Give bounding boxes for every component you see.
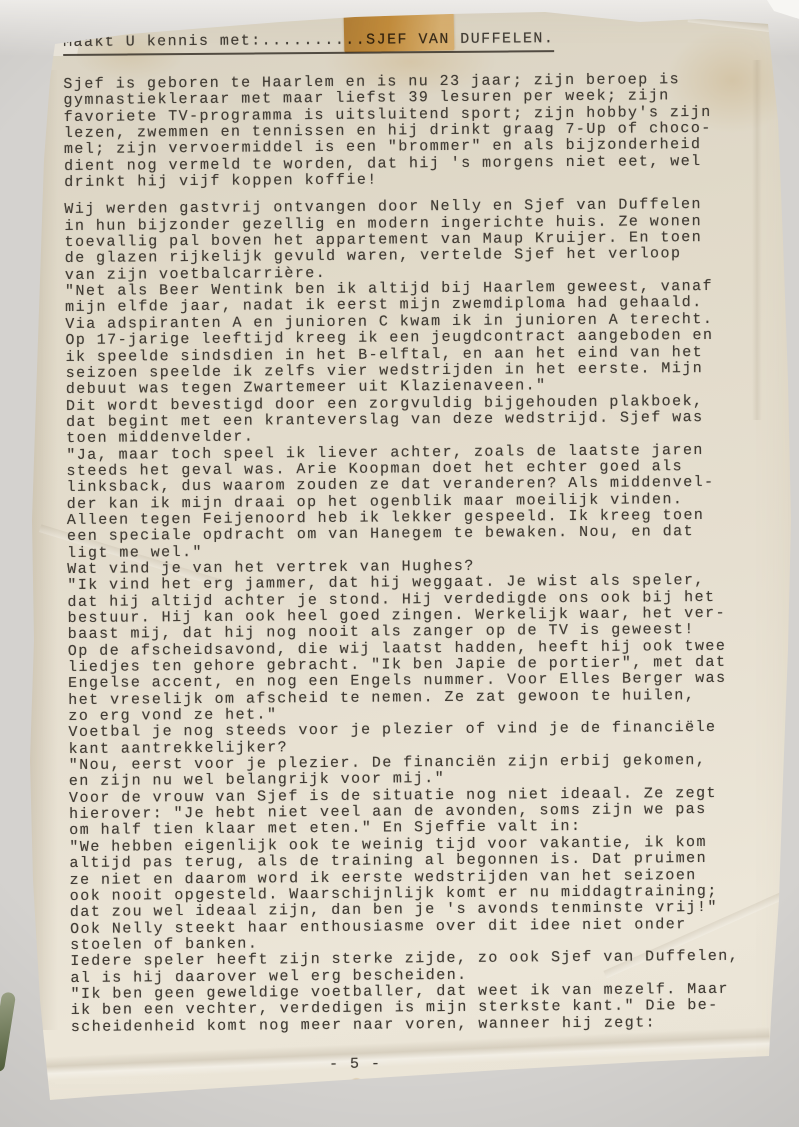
paragraph-intro: Sjef is geboren te Haarlem en is nu 23 j… bbox=[63, 71, 780, 191]
document-content: Maakt U kennis met:..........SJEF VAN DU… bbox=[63, 27, 787, 1075]
paper-sheet: Maakt U kennis met:..........SJEF VAN DU… bbox=[0, 0, 799, 1127]
leaf-edge bbox=[0, 991, 16, 1072]
page-number: - 5 - bbox=[329, 1053, 787, 1073]
photo-background: Maakt U kennis met:..........SJEF VAN DU… bbox=[0, 0, 799, 1127]
document-title-row: Maakt U kennis met:..........SJEF VAN DU… bbox=[63, 27, 779, 56]
paragraph-interview: Wij werden gastvrij ontvangen door Nelly… bbox=[64, 197, 787, 1036]
paper-scrap-corner bbox=[767, 0, 799, 19]
document-title: Maakt U kennis met:..........SJEF VAN DU… bbox=[63, 31, 554, 56]
paper-edge-shadow bbox=[28, 70, 58, 1030]
paper-stain-dot bbox=[349, 1077, 364, 1088]
tape-strip bbox=[344, 13, 455, 52]
